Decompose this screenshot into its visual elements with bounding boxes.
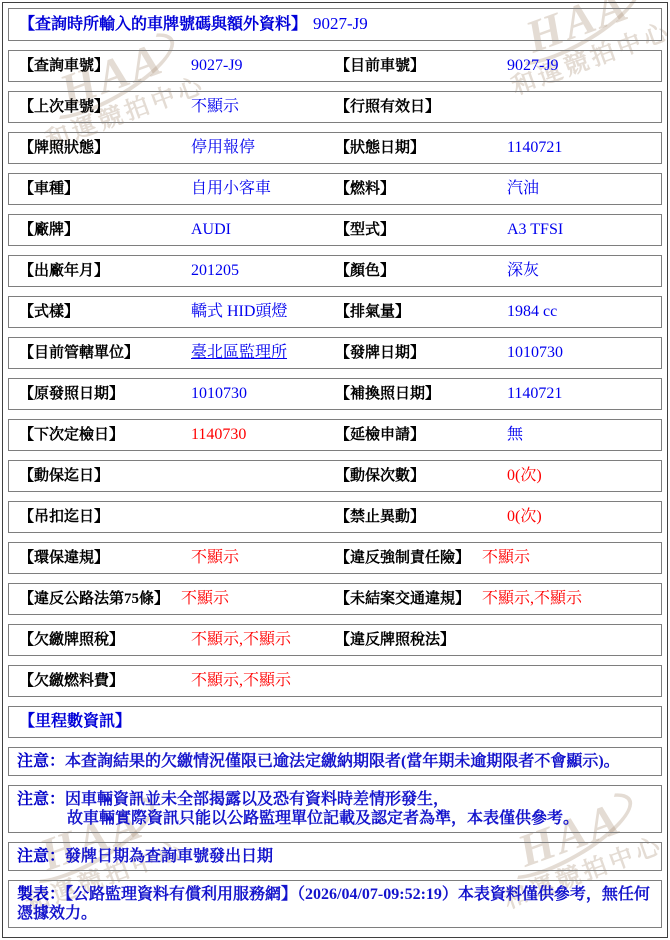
field-pair: 【動保次數】 0(次) <box>335 466 651 486</box>
field-value: 停用報停 <box>179 138 255 158</box>
field-value: 9027-J9 <box>495 56 559 76</box>
field-label: 【牌照狀態】 <box>19 138 179 158</box>
field-value: AUDI <box>179 220 231 240</box>
field-label: 【違反牌照稅法】 <box>335 630 495 650</box>
footer-row: 製表：【公路監理資料有償利用服務網】（2026/04/07-09:52:19）本… <box>8 880 662 928</box>
field-label: 【顏色】 <box>335 261 495 281</box>
field-row: 【式樣】 轎式 HID頭燈 【排氣量】 1984 cc <box>8 296 662 328</box>
field-row: 【牌照狀態】 停用報停 【狀態日期】 1140721 <box>8 132 662 164</box>
field-value: 無 <box>495 425 523 445</box>
field-label: 【動保迄日】 <box>19 466 179 486</box>
field-value: 深灰 <box>495 261 539 281</box>
field-value: 不顯示 <box>179 589 229 609</box>
field-row: 【車種】 自用小客車 【燃料】 汽油 <box>8 173 662 205</box>
field-value: 201205 <box>179 261 239 281</box>
field-pair: 【禁止異動】 0(次) <box>335 507 651 527</box>
sheet-title: 【查詢時所輸入的車牌號碼與額外資料】 <box>19 16 307 33</box>
field-pair: 【排氣量】 1984 cc <box>335 302 651 322</box>
note-text-line2: 故車輛實際資訊只能以公路監理單位記載及認定者為準，本表僅供參考。 <box>17 809 653 828</box>
field-label: 【未結案交通違規】 <box>335 589 470 609</box>
field-value: 不顯示,不顯示 <box>179 671 291 691</box>
mileage-section-row: 【里程數資訊】 <box>8 706 662 738</box>
field-label: 【違反強制責任險】 <box>335 548 470 568</box>
field-label: 【上次車號】 <box>19 97 179 117</box>
field-label: 【延檢申請】 <box>335 425 495 445</box>
note-prefix: 注意： <box>17 791 65 808</box>
vehicle-query-result-page: { "colors": { "label_black": "#000000", … <box>0 0 670 940</box>
field-pair: 【燃料】 汽油 <box>335 179 651 199</box>
field-pair: 【上次車號】 不顯示 <box>19 97 335 117</box>
field-value: 1010730 <box>179 384 247 404</box>
field-pair: 【違反牌照稅法】 <box>335 630 651 650</box>
field-pair: 【吊扣迄日】 <box>19 507 335 527</box>
field-label: 【下次定檢日】 <box>19 425 179 445</box>
field-pair: 【牌照狀態】 停用報停 <box>19 138 335 158</box>
field-value: 9027-J9 <box>179 56 243 76</box>
field-pair: 【式樣】 轎式 HID頭燈 <box>19 302 335 322</box>
field-value: 汽油 <box>495 179 539 199</box>
field-pair: 【發牌日期】 1010730 <box>335 343 651 363</box>
field-value: 不顯示 <box>179 548 239 568</box>
field-pair: 【違反強制責任險】 不顯示 <box>335 548 651 568</box>
field-value: 不顯示 <box>179 97 239 117</box>
note-text: 本查詢結果的欠繳情況僅限已逾法定繳納期限者(當年期未逾期限者不會顯示)。 <box>65 753 620 770</box>
field-pair: 【目前車號】 9027-J9 <box>335 56 651 76</box>
field-label: 【禁止異動】 <box>335 507 495 527</box>
note-text-line1: 因車輛資訊並未全部揭露以及恐有資料時差情形發生， <box>65 791 449 808</box>
footer-source: 【公路監理資料有償利用服務網】 <box>65 886 297 903</box>
note-plate-date: 注意：發牌日期為查詢車號發出日期 <box>8 842 662 871</box>
sheet-title-row: 【查詢時所輸入的車牌號碼與額外資料】9027-J9 <box>8 8 662 41</box>
field-label: 【吊扣迄日】 <box>19 507 179 527</box>
field-pair: 【廠牌】 AUDI <box>19 220 335 240</box>
field-value: 不顯示 <box>480 548 530 568</box>
field-label: 【行照有效日】 <box>335 97 495 117</box>
field-label: 【違反公路法第75條】 <box>19 589 169 609</box>
field-value: 1984 cc <box>495 302 557 322</box>
field-row: 【違反公路法第75條】 不顯示 【未結案交通違規】 不顯示,不顯示 <box>8 583 662 615</box>
field-pair: 【環保違規】 不顯示 <box>19 548 335 568</box>
field-row: 【吊扣迄日】 【禁止異動】 0(次) <box>8 501 662 533</box>
note-prefix: 注意： <box>17 753 65 770</box>
note-prefix: 注意： <box>17 848 65 865</box>
field-pair: 【下次定檢日】 1140730 <box>19 425 335 445</box>
note-text: 發牌日期為查詢車號發出日期 <box>65 848 273 865</box>
field-pair: 【車種】 自用小客車 <box>19 179 335 199</box>
field-row: 【動保迄日】 【動保次數】 0(次) <box>8 460 662 492</box>
field-label: 【燃料】 <box>335 179 495 199</box>
footer-timestamp: （2026/04/07-09:52:19） <box>297 886 458 903</box>
field-pair: 【顏色】 深灰 <box>335 261 651 281</box>
field-row: 【出廠年月】 201205 【顏色】 深灰 <box>8 255 662 287</box>
field-pair: 【型式】 A3 TFSI <box>335 220 651 240</box>
field-row: 【查詢車號】 9027-J9 【目前車號】 9027-J9 <box>8 50 662 82</box>
jurisdiction-office-link[interactable]: 臺北區監理所 <box>179 343 287 363</box>
field-pair: 【欠繳燃料費】 不顯示,不顯示 <box>19 671 335 691</box>
footer-prefix: 製表： <box>17 886 65 903</box>
field-pair: 【延檢申請】 無 <box>335 425 651 445</box>
field-value: 1140721 <box>495 384 562 404</box>
field-pair: 【目前管轄單位】 臺北區監理所 <box>19 343 335 363</box>
field-value: 1140730 <box>179 425 246 445</box>
field-row: 【下次定檢日】 1140730 【延檢申請】 無 <box>8 419 662 451</box>
field-label: 【動保次數】 <box>335 466 495 486</box>
queried-plate-number: 9027-J9 <box>313 14 368 33</box>
field-label: 【欠繳牌照稅】 <box>19 630 179 650</box>
note-overdue-scope: 注意：本查詢結果的欠繳情況僅限已逾法定繳納期限者(當年期未逾期限者不會顯示)。 <box>8 747 662 776</box>
field-pair: 【欠繳牌照稅】 不顯示,不顯示 <box>19 630 335 650</box>
result-sheet: 【查詢時所輸入的車牌號碼與額外資料】9027-J9 【查詢車號】 9027-J9… <box>2 2 668 938</box>
field-pair: 【行照有效日】 <box>335 97 651 117</box>
field-label: 【車種】 <box>19 179 179 199</box>
field-value: 不顯示,不顯示 <box>179 630 291 650</box>
field-pair: 【狀態日期】 1140721 <box>335 138 651 158</box>
mileage-section-title: 【里程數資訊】 <box>19 713 131 730</box>
field-label: 【目前車號】 <box>335 56 495 76</box>
field-pair: 【出廠年月】 201205 <box>19 261 335 281</box>
field-value: 不顯示,不顯示 <box>480 589 582 609</box>
field-value: 1010730 <box>495 343 563 363</box>
field-row: 【欠繳燃料費】 不顯示,不顯示 <box>8 665 662 697</box>
field-label: 【廠牌】 <box>19 220 179 240</box>
field-row: 【原發照日期】 1010730 【補換照日期】 1140721 <box>8 378 662 410</box>
field-pair: 【查詢車號】 9027-J9 <box>19 56 335 76</box>
field-label: 【環保違規】 <box>19 548 179 568</box>
field-label: 【查詢車號】 <box>19 56 179 76</box>
field-value: 0(次) <box>495 507 542 527</box>
field-value: 1140721 <box>495 138 562 158</box>
field-label: 【出廠年月】 <box>19 261 179 281</box>
field-pair: 【違反公路法第75條】 不顯示 <box>19 589 335 609</box>
field-label: 【發牌日期】 <box>335 343 495 363</box>
note-data-disclaimer: 注意：因車輛資訊並未全部揭露以及恐有資料時差情形發生， 故車輛實際資訊只能以公路… <box>8 785 662 833</box>
field-label: 【狀態日期】 <box>335 138 495 158</box>
field-label: 【排氣量】 <box>335 302 495 322</box>
field-row: 【廠牌】 AUDI 【型式】 A3 TFSI <box>8 214 662 246</box>
field-label: 【型式】 <box>335 220 495 240</box>
field-label: 【目前管轄單位】 <box>19 343 179 363</box>
field-value: A3 TFSI <box>495 220 563 240</box>
field-row: 【欠繳牌照稅】 不顯示,不顯示 【違反牌照稅法】 <box>8 624 662 656</box>
field-value: 轎式 HID頭燈 <box>179 302 287 322</box>
field-value: 自用小客車 <box>179 179 271 199</box>
field-pair: 【原發照日期】 1010730 <box>19 384 335 404</box>
field-label: 【原發照日期】 <box>19 384 179 404</box>
field-pair: 【動保迄日】 <box>19 466 335 486</box>
field-label: 【補換照日期】 <box>335 384 495 404</box>
field-pair: 【未結案交通違規】 不顯示,不顯示 <box>335 589 651 609</box>
field-value: 0(次) <box>495 466 542 486</box>
field-row: 【上次車號】 不顯示 【行照有效日】 <box>8 91 662 123</box>
field-row: 【環保違規】 不顯示 【違反強制責任險】 不顯示 <box>8 542 662 574</box>
field-pair: 【補換照日期】 1140721 <box>335 384 651 404</box>
field-label: 【式樣】 <box>19 302 179 322</box>
field-label: 【欠繳燃料費】 <box>19 671 179 691</box>
field-row: 【目前管轄單位】 臺北區監理所 【發牌日期】 1010730 <box>8 337 662 369</box>
